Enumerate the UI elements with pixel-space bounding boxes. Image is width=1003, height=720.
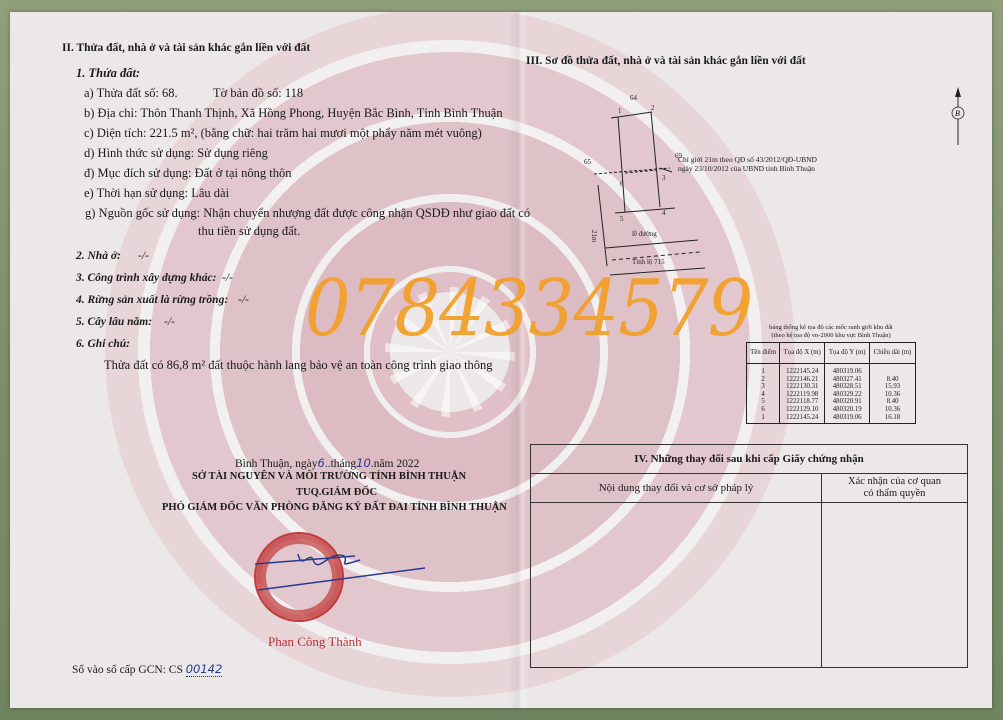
parcel-area: c) Diện tích: 221.5 m², (bằng chữ: hai t… bbox=[84, 126, 482, 141]
changes-title: IV. Những thay đổi sau khi cấp Giấy chứn… bbox=[531, 445, 967, 474]
changes-table: IV. Những thay đổi sau khi cấp Giấy chứn… bbox=[530, 444, 968, 668]
svg-text:5: 5 bbox=[620, 215, 624, 223]
usage-term: e) Thời hạn sử dụng: Lâu dài bbox=[84, 186, 229, 201]
north-compass-icon: B bbox=[948, 87, 968, 147]
registry-handwritten-number: 00142 bbox=[186, 662, 223, 677]
usage-origin-line1: g) Nguồn gốc sử dụng: Nhận chuyển nhượng… bbox=[85, 206, 530, 221]
coordinate-table: bảng thống kê tọa độ các mốc ranh giới k… bbox=[746, 324, 916, 424]
item-perennial-label: 5. Cây lâu năm: bbox=[76, 316, 152, 328]
parcel-diagram: 64 65 69 1 2 3 4 5 6 21m lề đường Tỉnh l… bbox=[580, 90, 750, 290]
svg-text:2: 2 bbox=[651, 104, 655, 112]
usage-purpose: đ) Mục đích sử dụng: Đất ở tại nông thôn bbox=[84, 166, 291, 181]
note-text: Thửa đất có 86,8 m² đất thuộc hành lang … bbox=[104, 358, 493, 373]
section-iii-title: III. Sơ đồ thửa đất, nhà ở và tài sản kh… bbox=[526, 55, 806, 67]
coord-row: 11222145.24480319.06 bbox=[747, 364, 916, 376]
svg-text:3: 3 bbox=[662, 174, 666, 182]
issue-day: 6 bbox=[318, 456, 325, 470]
dimension-label: 21m bbox=[590, 230, 598, 243]
section-ii-title: II. Thửa đất, nhà ở và tài sản khác gắn … bbox=[62, 42, 310, 54]
map-sheet-number: Tờ bản đồ số: 118 bbox=[213, 86, 303, 101]
coord-row: 31222130.31480328.5115.93 bbox=[747, 383, 916, 391]
item-forest-value: -/- bbox=[238, 294, 249, 306]
coord-row: 21222146.21480327.418.40 bbox=[747, 376, 916, 384]
issuing-org: SỞ TÀI NGUYÊN VÀ MÔI TRƯỜNG TỈNH BÌNH TH… bbox=[192, 471, 466, 482]
usage-form: d) Hình thức sử dụng: Sử dụng riêng bbox=[84, 146, 268, 161]
coord-row: 41222119.98480329.2210.36 bbox=[747, 391, 916, 399]
svg-text:4: 4 bbox=[662, 209, 666, 217]
issue-month: 10 bbox=[356, 456, 371, 470]
neighbor-64: 64 bbox=[630, 94, 638, 102]
item-note-label: 6. Ghi chú: bbox=[76, 338, 130, 350]
coord-row: 11222145.24480319.0616.18 bbox=[747, 414, 916, 424]
svg-text:1: 1 bbox=[618, 107, 622, 115]
coord-caption: bảng thống kê tọa độ các mốc ranh giới k… bbox=[746, 324, 916, 340]
land-heading: 1. Thửa đất: bbox=[76, 66, 140, 81]
issue-date: Bình Thuận, ngày6..tháng10.năm 2022 bbox=[235, 456, 419, 470]
parcel-address: b) Địa chỉ: Thôn Thanh Thịnh, Xã Hồng Ph… bbox=[84, 106, 503, 121]
registry-number: Số vào sổ cấp GCN: CS 00142 bbox=[72, 662, 222, 676]
road-edge-label: lề đường bbox=[632, 230, 657, 238]
setback-note: Chỉ giới 21m theo QĐ số 43/2012/QĐ-UBND … bbox=[678, 155, 817, 173]
item-house-value: -/- bbox=[138, 250, 149, 262]
item-house-label: 2. Nhà ở: bbox=[76, 250, 121, 262]
usage-origin-line2: thu tiền sử dụng đất. bbox=[198, 224, 300, 239]
coord-row: 51222118.77480320.918.40 bbox=[747, 398, 916, 406]
changes-col-content: Nội dung thay đổi và cơ sở pháp lý bbox=[531, 474, 822, 502]
changes-col-confirm: Xác nhận của cơ quan có thẩm quyền bbox=[822, 476, 967, 500]
item-forest-label: 4. Rừng sản xuất là rừng trồng: bbox=[76, 294, 228, 306]
signer-name: Phan Công Thành bbox=[268, 634, 362, 650]
signature-scribble bbox=[250, 542, 450, 602]
parcel-number: a) Thửa đất số: 68. bbox=[84, 86, 178, 101]
svg-text:B: B bbox=[955, 109, 960, 118]
neighbor-65: 65 bbox=[584, 158, 592, 166]
certificate-page: II. Thửa đất, nhà ở và tài sản khác gắn … bbox=[10, 12, 992, 708]
item-construction-label: 3. Công trình xây dựng khác: bbox=[76, 272, 216, 284]
item-perennial-value: -/- bbox=[164, 316, 175, 328]
signer-role-2: PHÓ GIÁM ĐỐC VĂN PHÒNG ĐĂNG KÝ ĐẤT ĐAI T… bbox=[162, 502, 507, 513]
signer-role-1: TUQ.GIÁM ĐỐC bbox=[296, 487, 377, 498]
coord-row: 61222129.10480320.1910.36 bbox=[747, 406, 916, 414]
page-fold bbox=[508, 12, 528, 708]
item-construction-value: -/- bbox=[222, 272, 233, 284]
road-name-label: Tỉnh lộ 715 bbox=[632, 258, 665, 266]
svg-text:6: 6 bbox=[620, 180, 624, 188]
changes-divider bbox=[821, 502, 822, 667]
